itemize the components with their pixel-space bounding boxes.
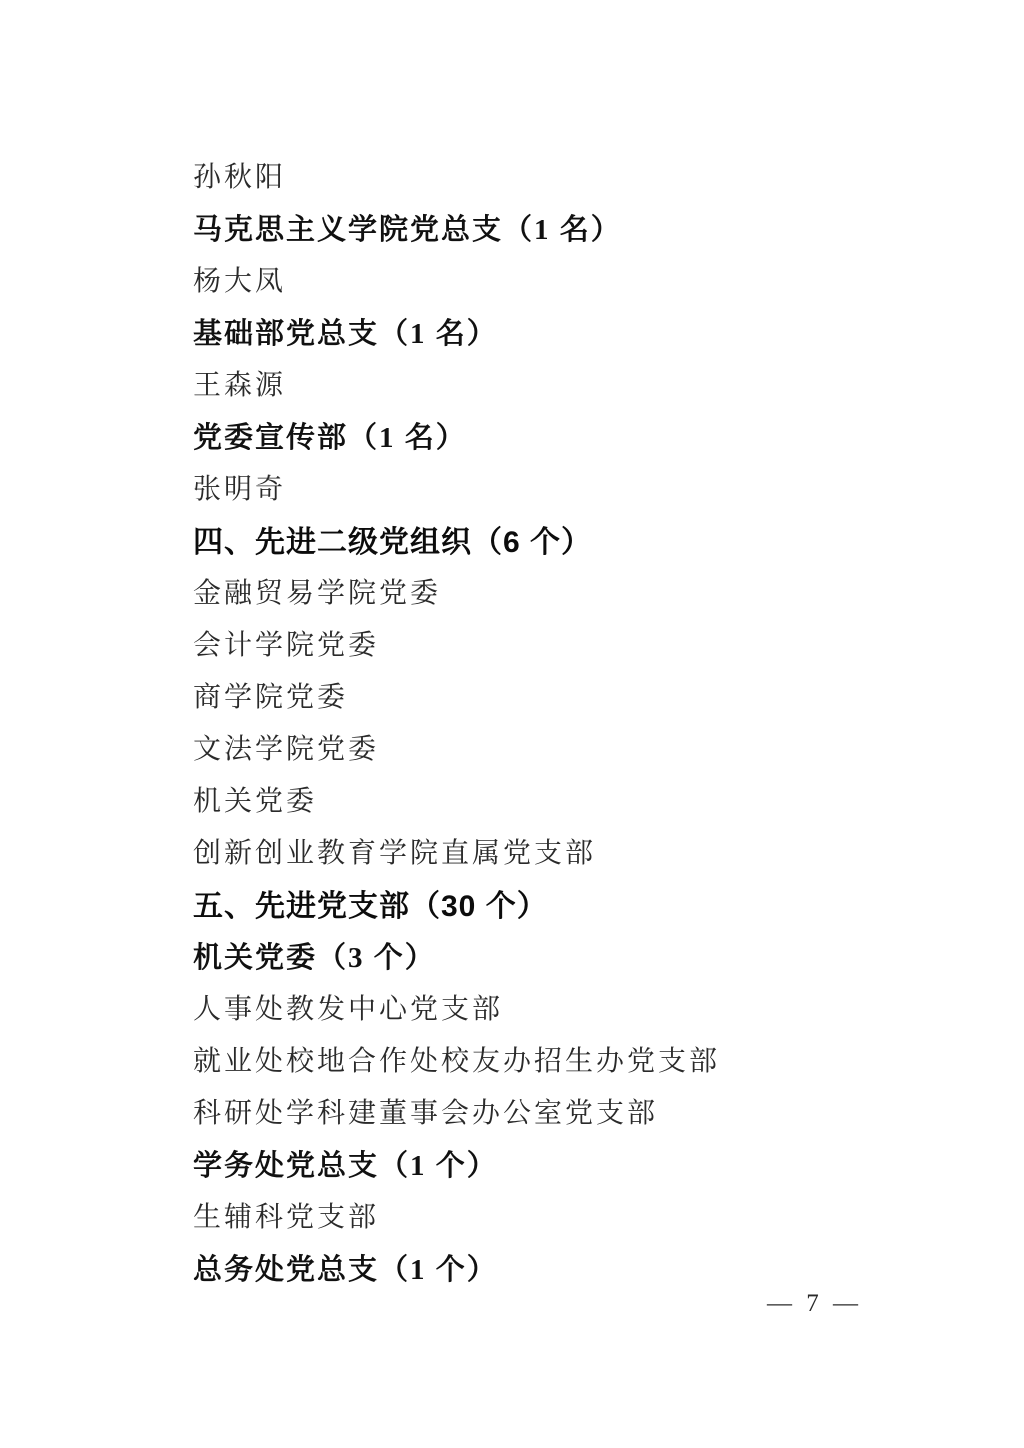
org-list-line: 文法学院党委 <box>193 721 893 773</box>
org-list-line: 人事处教发中心党支部 <box>193 981 893 1033</box>
org-heading-line: 总务处党总支（1 个） <box>193 1241 893 1293</box>
org-list-line: 商学院党委 <box>193 669 893 721</box>
section-heading-line: 四、先进二级党组织（6 个） <box>193 513 893 565</box>
org-heading-line: 学务处党总支（1 个） <box>193 1137 893 1189</box>
org-list-line: 机关党委 <box>193 773 893 825</box>
org-list-line: 金融贸易学院党委 <box>193 565 893 617</box>
person-name-line: 杨大凤 <box>193 253 893 305</box>
document-body: 孙秋阳 马克思主义学院党总支（1 名） 杨大凤 基础部党总支（1 名） 王森源 … <box>193 149 893 1293</box>
org-list-line: 生辅科党支部 <box>193 1189 893 1241</box>
section-heading-line: 五、先进党支部（30 个） <box>193 877 893 929</box>
page-number: — 7 — <box>0 1290 862 1318</box>
org-heading-line: 党委宣传部（1 名） <box>193 409 893 461</box>
person-name-line: 孙秋阳 <box>193 149 893 201</box>
document-page: 孙秋阳 马克思主义学院党总支（1 名） 杨大凤 基础部党总支（1 名） 王森源 … <box>0 0 1024 1448</box>
org-list-line: 就业处校地合作处校友办招生办党支部 <box>193 1033 893 1085</box>
person-name-line: 张明奇 <box>193 461 893 513</box>
org-list-line: 科研处学科建董事会办公室党支部 <box>193 1085 893 1137</box>
person-name-line: 王森源 <box>193 357 893 409</box>
org-heading-line: 马克思主义学院党总支（1 名） <box>193 201 893 253</box>
org-list-line: 会计学院党委 <box>193 617 893 669</box>
org-heading-line: 基础部党总支（1 名） <box>193 305 893 357</box>
org-heading-line: 机关党委（3 个） <box>193 929 893 981</box>
org-list-line: 创新创业教育学院直属党支部 <box>193 825 893 877</box>
